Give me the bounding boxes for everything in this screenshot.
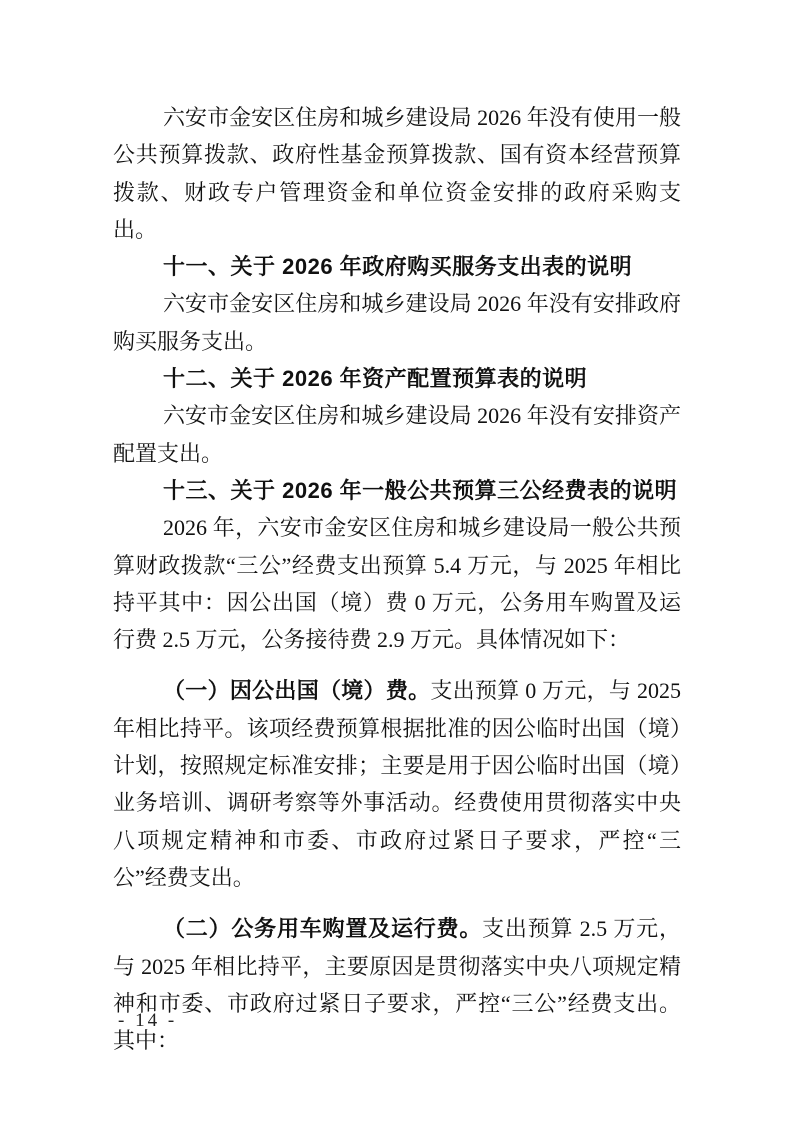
paragraph-item-1-lead: （一）因公出国（境）费。 xyxy=(163,678,430,703)
heading-section-13-three-public-expenses: 十三、关于 2026 年一般公共预算三公经费表的说明 xyxy=(113,472,681,509)
page-number: - 14 - xyxy=(118,1010,177,1032)
paragraph-item-2-lead: （二）公务用车购置及运行费。 xyxy=(163,916,482,941)
paragraph-item-1-text: 支出预算 0 万元，与 2025 年相比持平。该项经费预算根据批准的因公临时出国… xyxy=(113,678,681,889)
heading-section-12-asset-allocation: 十二、关于 2026 年资产配置预算表的说明 xyxy=(113,360,681,397)
heading-section-11-gov-purchase-services: 十一、关于 2026 年政府购买服务支出表的说明 xyxy=(113,248,681,285)
paragraph-no-procurement-spending: 六安市金安区住房和城乡建设局 2026 年没有使用一般公共预算拨款、政府性基金预… xyxy=(113,99,681,248)
paragraph-no-asset-allocation: 六安市金安区住房和城乡建设局 2026 年没有安排资产配置支出。 xyxy=(113,397,681,472)
document-body: 六安市金安区住房和城乡建设局 2026 年没有使用一般公共预算拨款、政府性基金预… xyxy=(113,99,681,1059)
paragraph-item-1-overseas-trips: （一）因公出国（境）费。支出预算 0 万元，与 2025 年相比持平。该项经费预… xyxy=(113,672,681,896)
paragraph-item-2-official-vehicles: （二）公务用车购置及运行费。支出预算 2.5 万元，与 2025 年相比持平，主… xyxy=(113,910,681,1059)
paragraph-no-purchased-services: 六安市金安区住房和城乡建设局 2026 年没有安排政府购买服务支出。 xyxy=(113,285,681,360)
document-page: 六安市金安区住房和城乡建设局 2026 年没有使用一般公共预算拨款、政府性基金预… xyxy=(0,0,793,1122)
paragraph-three-public-budget-summary: 2026 年，六安市金安区住房和城乡建设局一般公共预算财政拨款“三公”经费支出预… xyxy=(113,509,681,658)
